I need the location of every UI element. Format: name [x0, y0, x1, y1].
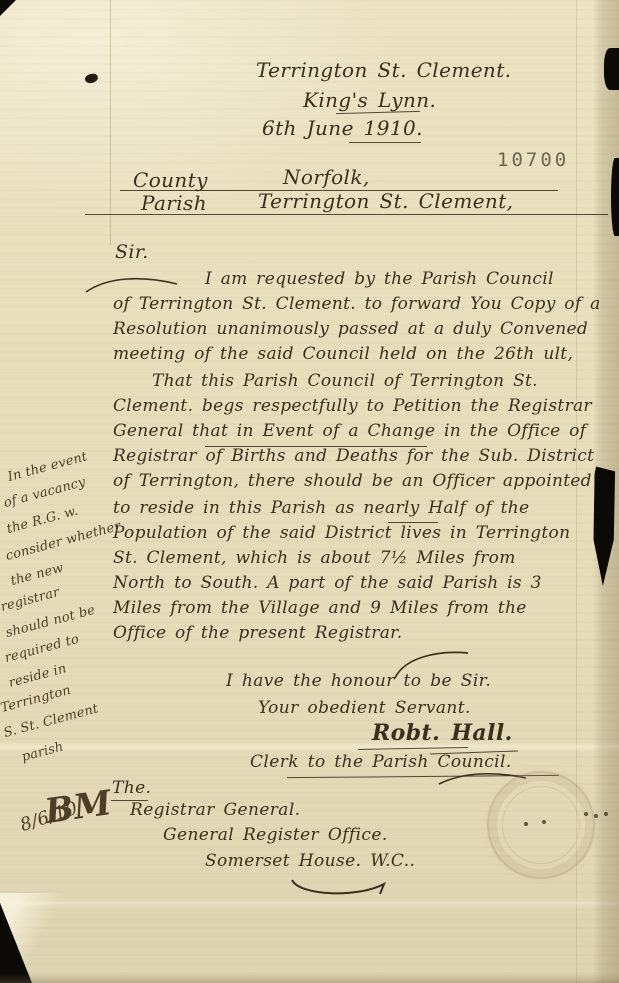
addressee-the: The.: [112, 778, 151, 798]
body-line: Population of the said District lives in…: [113, 523, 570, 543]
parish-value: Terrington St. Clement,: [258, 189, 513, 213]
addressee-general-register-office: General Register Office.: [163, 825, 388, 845]
body-line: St. Clement, which is about 7½ Miles fro…: [113, 548, 516, 568]
body-line: General that in Event of a Change in the…: [113, 421, 586, 441]
parish-rule: [85, 214, 608, 215]
vertical-fold-line: [110, 0, 111, 245]
scan-edge-notch: [611, 158, 619, 236]
ink-dot: [542, 820, 546, 824]
scanned-letter-page: Terrington St. Clement. King's Lynn. 6th…: [0, 0, 619, 983]
body-line: of Terrington, there should be an Office…: [113, 471, 592, 491]
salutation-flourish: [84, 272, 180, 296]
salutation: Sir.: [115, 241, 149, 263]
bottom-flourish: [288, 874, 388, 900]
registry-stamp-number: 10700: [497, 149, 569, 171]
county-label: County: [133, 168, 208, 192]
scan-edge-notch: [604, 48, 619, 90]
body-line: of Terrington St. Clement. to forward Yo…: [113, 294, 601, 314]
letter-town: King's Lynn.: [303, 88, 436, 112]
underline-date: [349, 142, 421, 143]
ink-dot: [584, 812, 588, 816]
margin-note-line: registrar: [0, 585, 61, 615]
body-line: Registrar of Births and Deaths for the S…: [113, 446, 594, 466]
body-line: I am requested by the Parish Council: [205, 269, 554, 289]
body-line: meeting of the said Council held on the …: [113, 344, 573, 364]
body-line: Clement. begs respectfully to Petition t…: [113, 396, 592, 416]
embossed-seal: [487, 771, 595, 879]
body-line: Miles from the Village and 9 Miles from …: [113, 598, 527, 618]
ink-dot: [594, 814, 598, 818]
body-line: Resolution unanimously passed at a duly …: [113, 319, 588, 339]
ink-dot: [604, 812, 608, 816]
ink-dot: [524, 822, 528, 826]
closing-honour-line: I have the honour to be Sir.: [226, 671, 491, 691]
body-line: to reside in this Parish as nearly Half …: [113, 498, 529, 518]
addressee-registrar-general: Registrar General.: [130, 800, 300, 820]
body-line: Office of the present Registrar.: [113, 623, 402, 643]
bottom-edge-shadow: [0, 973, 619, 983]
signature: Robt. Hall.: [372, 720, 513, 746]
body-line: That this Parish Council of Terrington S…: [152, 371, 538, 391]
horizontal-fold-line: [0, 742, 619, 752]
letter-date: 6th June 1910.: [262, 116, 423, 140]
scan-corner-top-left: [0, 0, 16, 16]
body-line: North to South. A part of the said Paris…: [113, 573, 542, 593]
closing-servant-line: Your obedient Servant.: [258, 698, 471, 718]
parish-label: Parish: [141, 191, 207, 215]
addressee-somerset-house: Somerset House. W.C..: [205, 851, 415, 871]
county-value: Norfolk,: [283, 165, 370, 189]
ink-blot: [84, 73, 99, 85]
letter-place: Terrington St. Clement.: [256, 58, 511, 82]
